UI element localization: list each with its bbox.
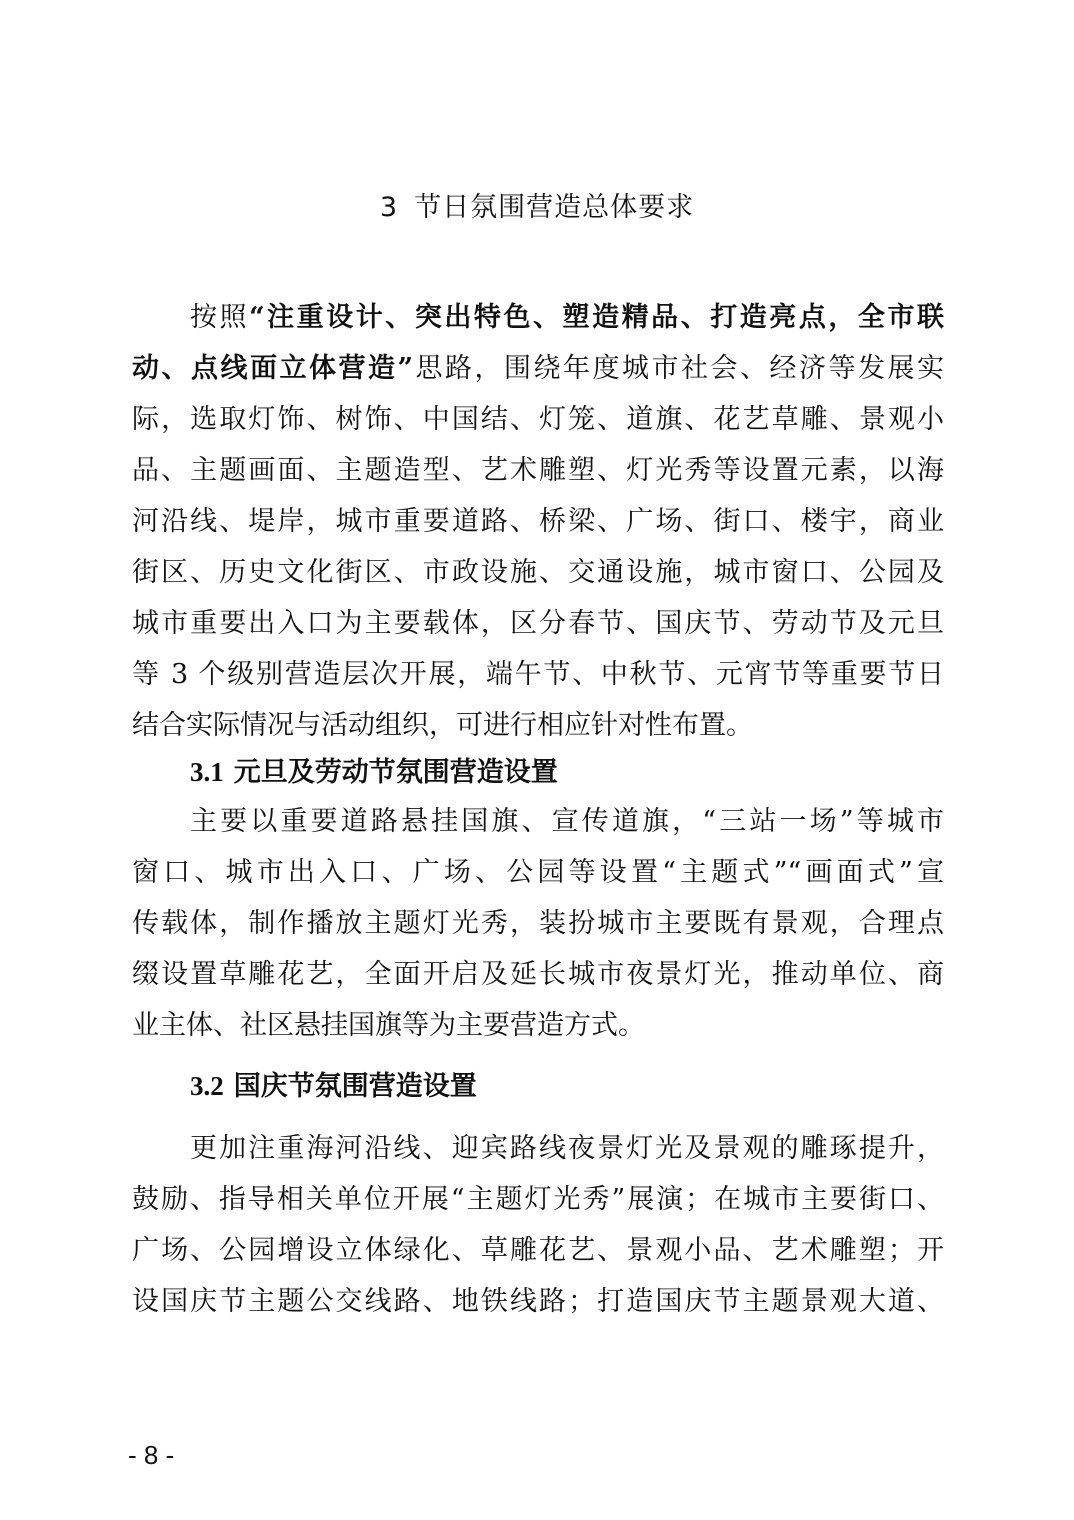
paragraph-line: 更加注重海河沿线、迎宾路线夜景灯光及景观的雕琢提升， (190, 1129, 944, 1169)
subsection-heading: 3.1元旦及劳动节氛围营造设置 (190, 752, 558, 793)
subsection-title: 元旦及劳动节氛围营造设置 (234, 757, 558, 788)
section-number: 3 (380, 192, 398, 223)
section-title: 节日氛围营造总体要求 (414, 192, 694, 223)
paragraph-line: 窗口、城市出入口、广场、公园等设置“主题式”“画面式”宣 (132, 853, 944, 893)
subsection-title: 国庆节氛围营造设置 (234, 1071, 477, 1102)
subsection-heading: 3.2国庆节氛围营造设置 (190, 1066, 477, 1107)
paragraph-line: 等 3 个级别营造层次开展，端午节、中秋节、元宵节等重要节日 (132, 655, 944, 695)
paragraph-line: 河沿线、堤岸，城市重要道路、桥梁、广场、街口、楼宇，商业 (132, 502, 944, 542)
text-run: 按照 (190, 302, 249, 333)
paragraph-line: 品、主题画面、主题造型、艺术雕塑、灯光秀等设置元素，以海 (132, 451, 944, 491)
section-heading: 3节日氛围营造总体要求 (0, 188, 1074, 228)
paragraph-line: 主要以重要道路悬挂国旗、宣传道旗，“三站一场”等城市 (190, 802, 944, 842)
bold-text-run: 动、点线面立体营造” (132, 353, 413, 384)
subsection-number: 3.1 (190, 757, 224, 787)
paragraph-line: 结合实际情况与活动组织，可进行相应针对性布置。 (132, 706, 944, 746)
document-page: 3节日氛围营造总体要求 按照“注重设计、突出特色、塑造精品、打造亮点，全市联 动… (0, 0, 1074, 1520)
subsection-number: 3.2 (190, 1071, 224, 1101)
paragraph-line: 业主体、社区悬挂国旗等为主要营造方式。 (132, 1006, 944, 1046)
bold-text-run: “注重设计、突出特色、塑造精品、打造亮点，全市联 (249, 302, 944, 333)
text-run: 思路，围绕年度城市社会、经济等发展实 (413, 353, 944, 384)
paragraph-line: 街区、历史文化街区、市政设施、交通设施，城市窗口、公园及 (132, 553, 944, 593)
paragraph-line: 传载体，制作播放主题灯光秀，装扮城市主要既有景观，合理点 (132, 904, 944, 944)
paragraph-line: 缀设置草雕花艺，全面开启及延长城市夜景灯光，推动单位、商 (132, 955, 944, 995)
paragraph-line: 际，选取灯饰、树饰、中国结、灯笼、道旗、花艺草雕、景观小 (132, 400, 944, 440)
paragraph-line: 鼓励、指导相关单位开展“主题灯光秀”展演；在城市主要街口、 (132, 1180, 944, 1220)
paragraph-line: 城市重要出入口为主要载体，区分春节、国庆节、劳动节及元旦 (132, 604, 944, 644)
page-number: - 8 - (128, 1440, 174, 1470)
paragraph-line: 动、点线面立体营造”思路，围绕年度城市社会、经济等发展实 (132, 349, 944, 389)
paragraph-line: 广场、公园增设立体绿化、草雕花艺、景观小品、艺术雕塑；开 (132, 1231, 944, 1271)
paragraph-line: 按照“注重设计、突出特色、塑造精品、打造亮点，全市联 (190, 298, 944, 338)
paragraph-line: 设国庆节主题公交线路、地铁线路；打造国庆节主题景观大道、 (132, 1282, 944, 1322)
